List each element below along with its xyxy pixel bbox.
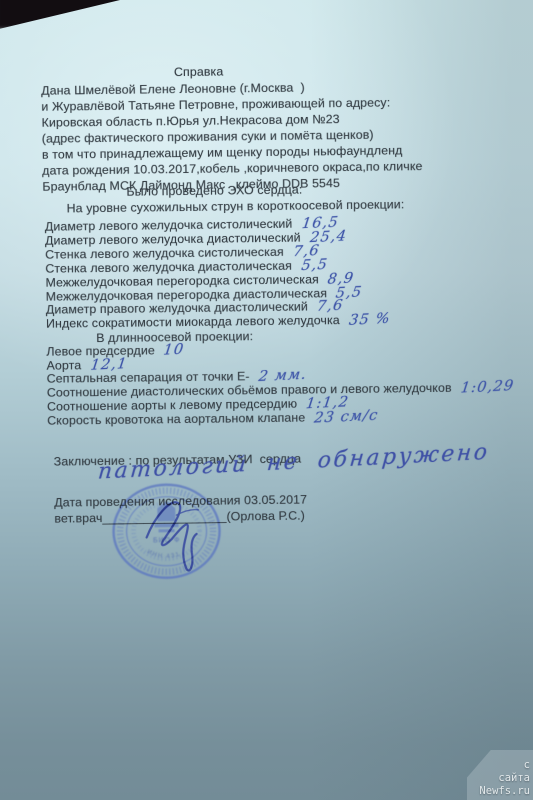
certificate-document: Справка Дана Шмелёвой Елене Леоновне (г.…: [0, 0, 533, 800]
photo-background: Справка Дана Шмелёвой Елене Леоновне (г.…: [0, 0, 533, 800]
measurement-row: Скорость кровотока на аортальном клапане…: [47, 409, 514, 428]
watermark-line: сайта: [479, 772, 530, 785]
intro-block: Дана Шмелёвой Елене Леоновне (г.Москва )…: [41, 78, 423, 195]
measurement-value-handwritten: 35 %: [348, 313, 391, 329]
short-axis-heading: На уровне сухожильных струн в короткоосе…: [67, 196, 405, 216]
conclusion-handwriting: патологий не обнаружено: [97, 440, 491, 485]
watermark: с сайта Newfs.ru: [479, 759, 530, 798]
long-axis-measurements: Левое предсердие10 Аорта12,1 Септальная …: [46, 340, 514, 428]
measurement-value-handwritten: 7,6: [316, 300, 344, 315]
document-title: Справка: [174, 64, 224, 81]
short-axis-measurements: Диаметр левого желудочка систолический16…: [45, 216, 390, 331]
measurement-value-handwritten: 23 см/с: [313, 409, 379, 426]
measurement-value-handwritten: 2 мм.: [258, 369, 308, 385]
measurement-value-handwritten: 10: [163, 344, 186, 359]
measurement-label: Скорость кровотока на аортальном клапане: [47, 410, 305, 427]
vet-signature-scribble: [132, 490, 245, 583]
measurement-value-handwritten: 12,1: [89, 358, 128, 373]
measurement-value-handwritten: 1:0,29: [460, 380, 515, 396]
measurement-label: Аорта: [46, 358, 81, 372]
measurement-value-handwritten: 5,5: [300, 259, 328, 274]
watermark-line: Newfs.ru: [479, 785, 530, 798]
vet-label: вет.врач: [54, 511, 102, 526]
watermark-line: с: [479, 759, 530, 772]
